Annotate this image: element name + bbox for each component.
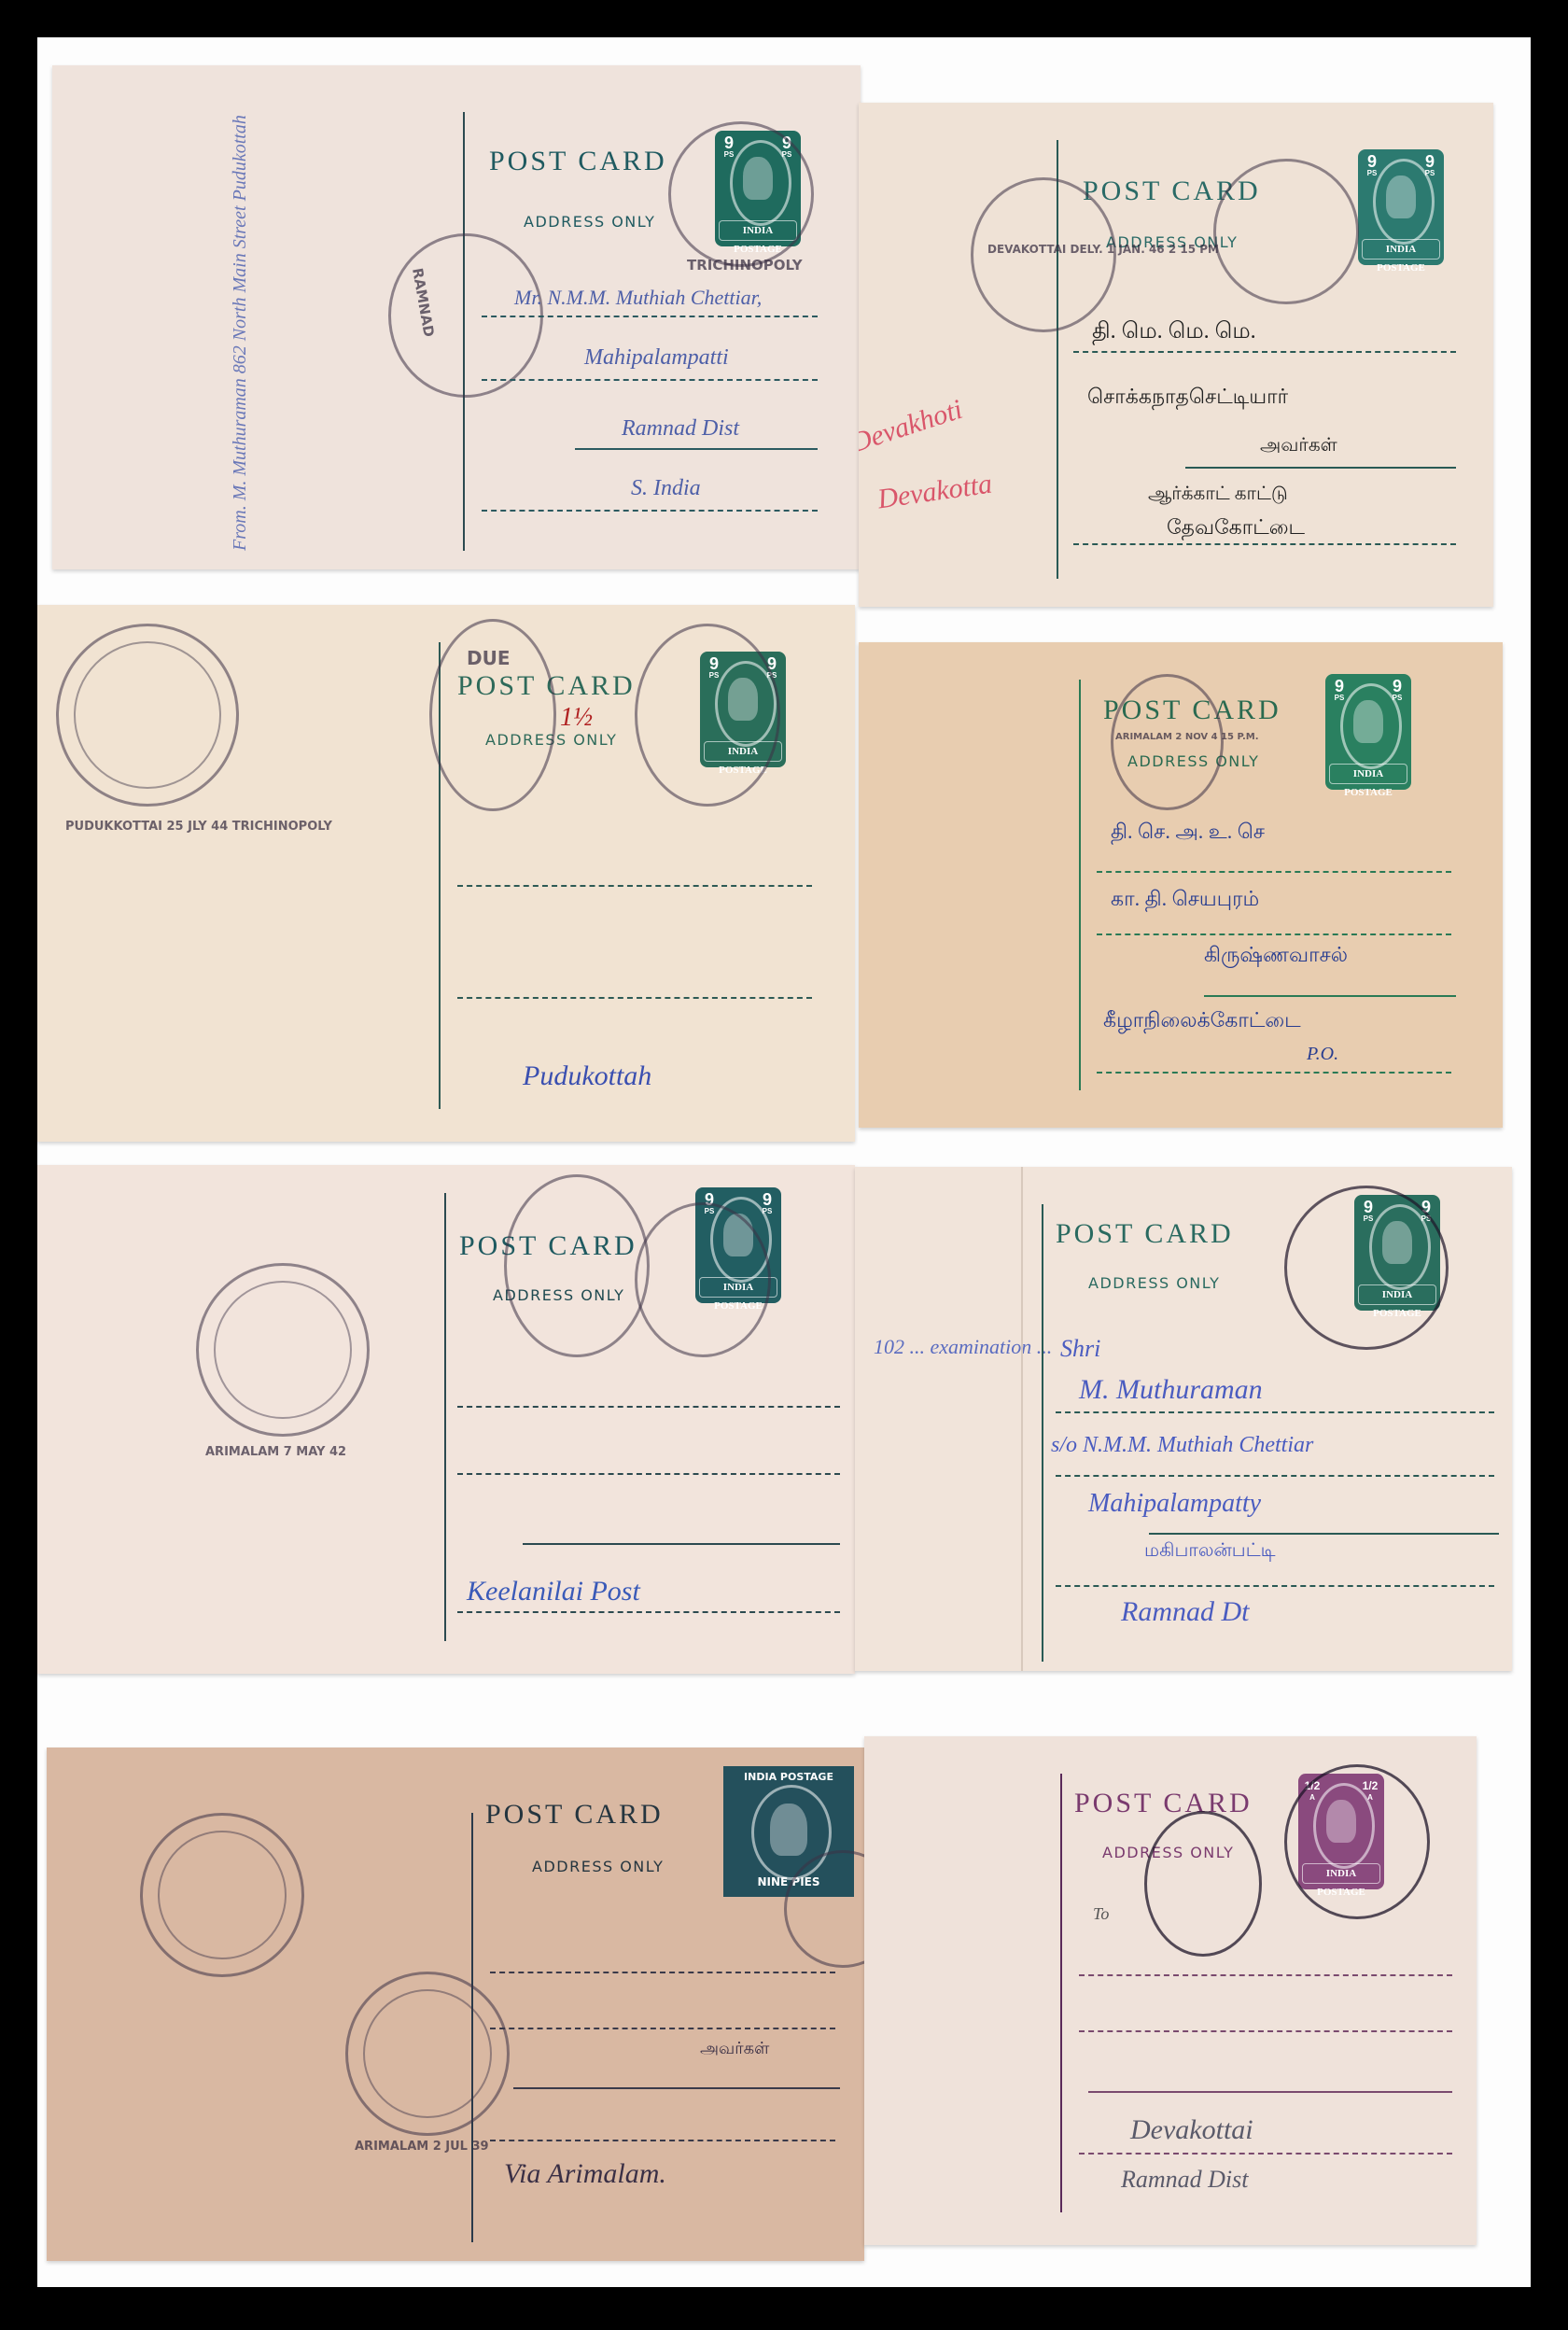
address-line-1: Shri: [1060, 1335, 1100, 1363]
postcard-2: POST CARD ADDRESS ONLY 9PS 9PS INDIA POS…: [859, 103, 1493, 607]
address-rule: [490, 2140, 835, 2141]
address-only-label: ADDRESS ONLY: [524, 213, 655, 231]
postmark-text: PUDUKKOTTAI 25 JLY 44 TRICHINOPOLY: [65, 820, 332, 834]
postcard-5: POST CARD ADDRESS ONLY 9PS 9PS INDIA POS…: [37, 1165, 855, 1674]
address-line-5: Pudukottah: [523, 1060, 651, 1092]
address-rule: [523, 1543, 840, 1545]
postmark-trichinopoly: [1284, 1186, 1449, 1350]
address-line-5: P.O.: [1307, 1044, 1338, 1065]
address-rule: [482, 316, 818, 317]
postmark-madura-bazaar: [1284, 1764, 1430, 1919]
postmark-arimalam: [1111, 674, 1224, 810]
postmark-arimalam: [196, 1263, 370, 1437]
address-rule: [490, 1972, 835, 1973]
address-rule: [1056, 1585, 1494, 1587]
stamp-band: INDIA POSTAGE: [1362, 239, 1440, 260]
postmark-madura: [1213, 159, 1359, 304]
postmark-text: ARIMALAM 7 MAY 42: [205, 1445, 346, 1459]
postmark-trichinopoly: [668, 121, 814, 267]
address-line-4: S. India: [631, 476, 701, 501]
address-rule: [1079, 2030, 1452, 2032]
postcard-4: POST CARD ADDRESS ONLY 9PS 9PS INDIA POS…: [859, 642, 1503, 1128]
address-line-4: Mahipalampatty: [1088, 1489, 1261, 1519]
address-line-1: தி. மெ. மெ. மெ.: [1092, 319, 1256, 346]
address-rule: [457, 1473, 840, 1475]
stamp-band: INDIA POSTAGE: [1329, 764, 1407, 784]
address-rule: [457, 885, 812, 887]
stamp-value: 9: [1425, 152, 1435, 171]
postmark-text: DEVAKOTTAI DELY. 1 JAN. 46 2 15 PM: [987, 243, 1219, 256]
postcard-1: POST CARD ADDRESS ONLY 9PS 9PS INDIA POS…: [52, 65, 861, 569]
address-rule: [1097, 933, 1451, 935]
stamp-9ps: 9PS 9PS INDIA POSTAGE: [1325, 674, 1411, 790]
divider-line: [444, 1193, 446, 1641]
postmark-kilanilai: [504, 1174, 650, 1357]
address-line-to: To: [1093, 1904, 1109, 1924]
postmark-bottom-left: [140, 1813, 304, 1977]
address-rule: [457, 1406, 840, 1408]
address-rule: [1097, 871, 1451, 873]
address-rule: [1073, 543, 1456, 545]
address-line-2: Mahipalampatti: [584, 345, 729, 371]
address-line-3: Ramnad Dist: [622, 416, 739, 442]
address-line-3: கிருஷ்ணவாசல்: [1204, 943, 1348, 970]
stamp-9ps: 9PS 9PS INDIA POSTAGE: [1358, 149, 1444, 265]
postmark-trichinopoly: [635, 1202, 771, 1357]
king-portrait-icon: [1386, 175, 1416, 218]
postcard-title: POST CARD: [485, 1799, 664, 1831]
stamp-band: INDIA POSTAGE: [727, 1768, 850, 1787]
postmark-text: TRICHINOPOLY: [687, 257, 803, 274]
address-line-devakottai: Devakottai: [1130, 2114, 1253, 2146]
postcard-title: POST CARD: [1056, 1218, 1234, 1250]
address-line-5: தேவகோட்டை: [1167, 515, 1305, 542]
address-line-2: M. Muthuraman: [1079, 1374, 1263, 1406]
postcard-6: 102 ... examination ... POST CARD ADDRES…: [855, 1167, 1512, 1671]
divider-line: [1079, 680, 1081, 1090]
divider-line: [1042, 1204, 1043, 1662]
fold-line: [1021, 1167, 1023, 1671]
address-line-2: கா. தி. செயபுரம்: [1111, 887, 1259, 914]
address-line-district: Ramnad Dist: [1121, 2166, 1249, 2194]
red-annotation: Devakotta: [875, 469, 994, 516]
address-rule: [1079, 2153, 1452, 2155]
album-page: POST CARD ADDRESS ONLY 9PS 9PS INDIA POS…: [37, 37, 1531, 2287]
address-rule: [482, 379, 818, 381]
address-rule: [1088, 2091, 1452, 2093]
address-rule: [490, 2028, 835, 2029]
due-mark: 1½: [560, 703, 593, 733]
address-rule: [575, 448, 818, 450]
address-line-6: Ramnad Dt: [1121, 1596, 1250, 1628]
address-line-4: ஆர்க்காட் காட்டு: [1148, 484, 1288, 507]
address-line-5: மகிபாலன்பட்டி: [1144, 1540, 1276, 1564]
address-rule: [1073, 351, 1456, 353]
address-line-3: s/o N.M.M. Muthiah Chettiar: [1051, 1433, 1313, 1458]
king-portrait-icon: [1353, 700, 1383, 743]
king-portrait-icon: [770, 1804, 807, 1856]
address-rule: [1185, 467, 1456, 469]
address-line-4: கீழாநிலைக்கோட்டை: [1103, 1008, 1301, 1035]
address-rule: [457, 997, 812, 999]
address-line-6: Via Arimalam.: [504, 2158, 666, 2190]
address-rule: [1204, 995, 1456, 997]
address-line-3: அவர்கள்: [700, 2039, 769, 2060]
postmark-due-text: DUE: [467, 647, 511, 669]
postcard-7: POST CARD ADDRESS ONLY INDIA POSTAGE NIN…: [47, 1747, 864, 2261]
message-excerpt: 102 ... examination ...: [874, 1335, 1052, 1359]
postcard-title: POST CARD: [489, 146, 667, 177]
address-rule: [513, 2087, 840, 2089]
address-rule: [457, 1611, 840, 1613]
red-annotation: Devakhoti: [859, 394, 967, 459]
address-rule: [1079, 1974, 1452, 1976]
address-line-2: சொக்கநாதசெட்டியார்: [1087, 385, 1288, 412]
address-only-label: ADDRESS ONLY: [532, 1858, 664, 1875]
postcard-8: POST CARD ADDRESS ONLY 1/2A 1/2A INDIA P…: [864, 1736, 1477, 2245]
postcard-title: POST CARD: [1074, 1788, 1253, 1819]
postmark-devakottai: [1144, 1811, 1262, 1957]
address-line-3: அவர்கள்: [1260, 435, 1337, 458]
address-rule: [1097, 1072, 1451, 1074]
postmark-pallatur: [635, 624, 780, 807]
address-only-label: ADDRESS ONLY: [1088, 1274, 1220, 1292]
address-rule: [1056, 1411, 1494, 1413]
address-line-5: Keelanilai Post: [467, 1576, 640, 1607]
postmark-pudukkottai: [56, 624, 239, 807]
postmark-text: ARIMALAM 2 JUL 39: [355, 2140, 489, 2154]
address-line-1: Mr. N.M.M. Muthiah Chettiar,: [514, 286, 762, 310]
address-rule: [482, 510, 818, 512]
address-rule: [1056, 1475, 1494, 1477]
postcard-3: POST CARD ADDRESS ONLY 9PS 9PS INDIA POS…: [37, 605, 855, 1142]
address-line-1: தி. செ. அ. உ. செ: [1111, 820, 1265, 847]
stamp-value: 9: [1367, 152, 1377, 171]
postmark-text: ARIMALAM 2 NOV 4 15 P.M.: [1115, 732, 1259, 742]
postmark-arimalam: [345, 1972, 510, 2136]
divider-line: [1060, 1774, 1062, 2212]
address-rule: [1149, 1533, 1499, 1535]
sender-note: From. M. Muthuraman 862 North Main Stree…: [230, 115, 251, 551]
